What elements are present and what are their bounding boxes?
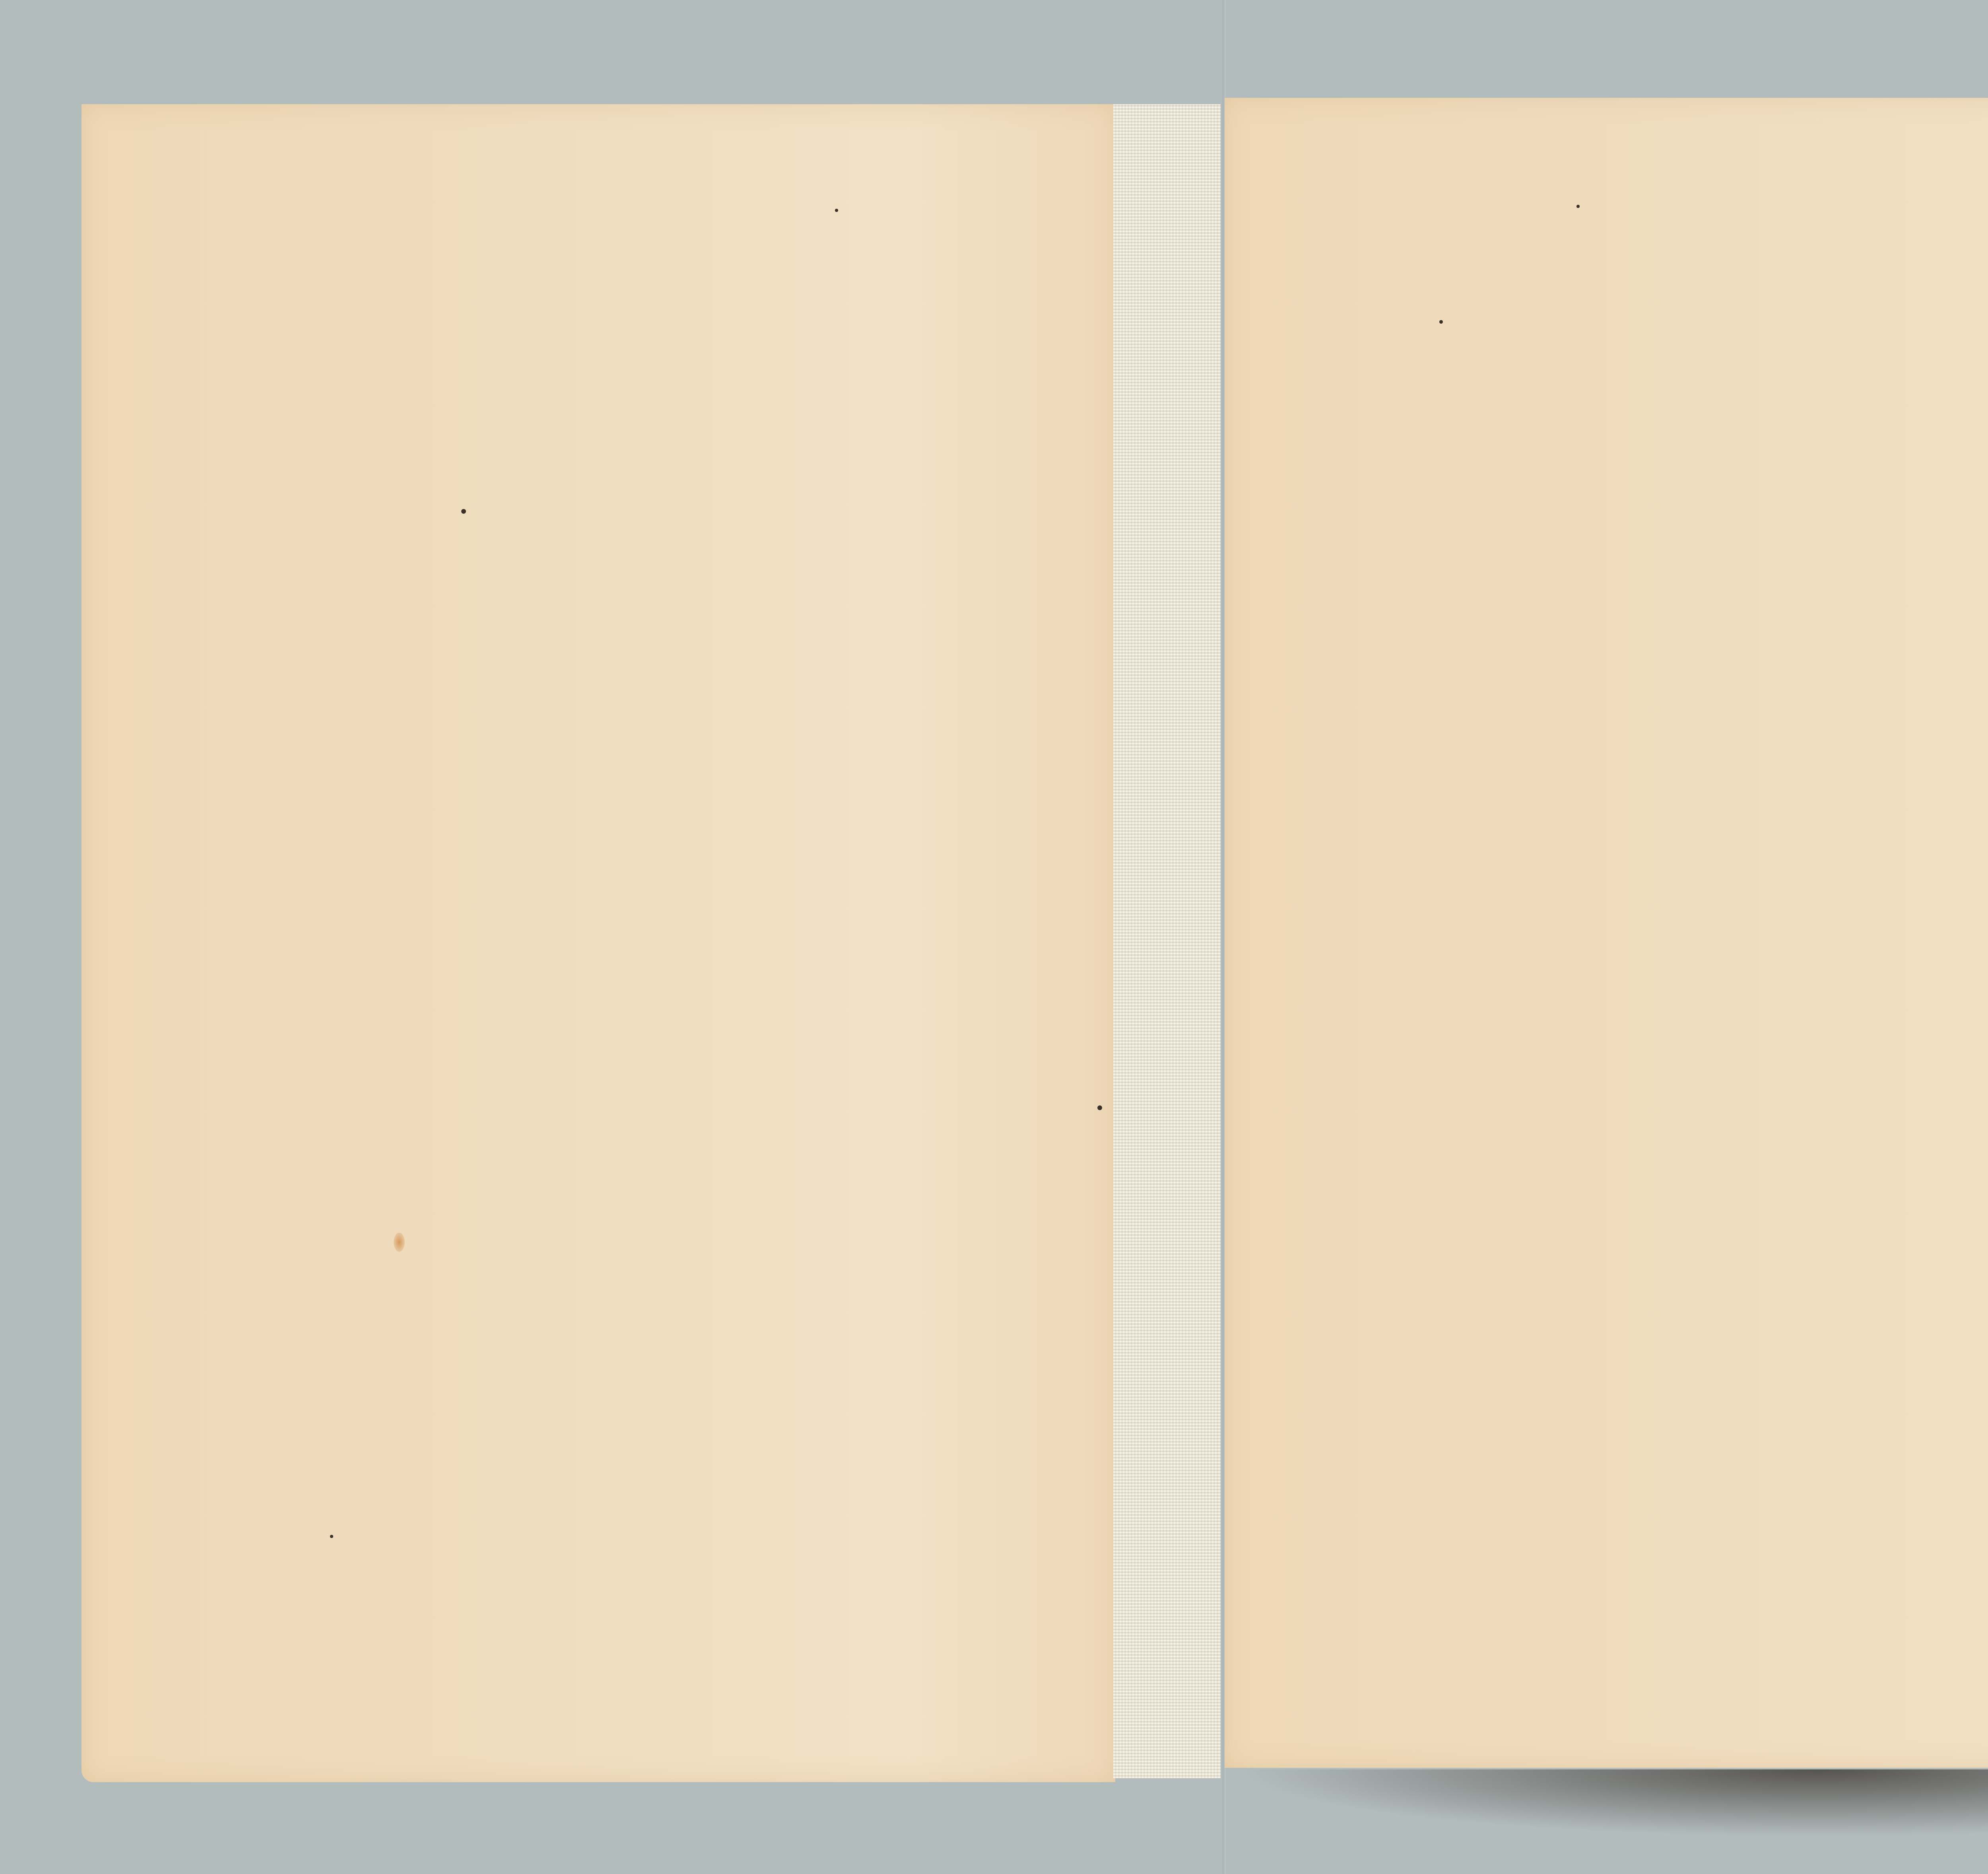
paper-speck	[1576, 205, 1580, 208]
paper-speck	[1097, 1105, 1102, 1110]
paper-speck	[835, 209, 838, 212]
foxing-spot	[394, 1233, 405, 1252]
paper-speck	[1439, 320, 1443, 324]
book-shadow	[1237, 1769, 1988, 1837]
cloth-spine-strip	[1113, 104, 1221, 1778]
paper-speck	[461, 509, 466, 514]
right-page	[1225, 98, 1988, 1768]
paper-speck	[330, 1535, 333, 1538]
left-page	[82, 104, 1115, 1782]
